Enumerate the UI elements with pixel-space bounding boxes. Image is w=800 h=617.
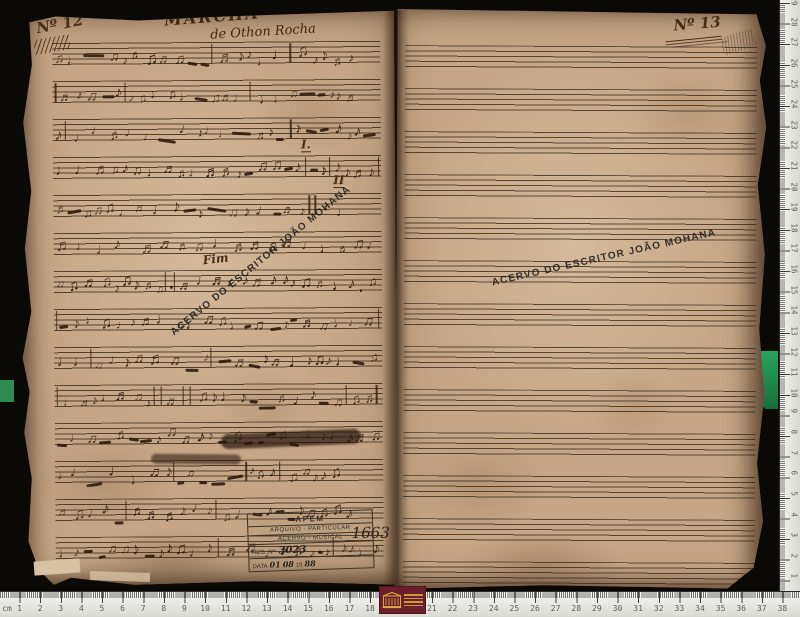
note-glyph: ♬ [233,355,251,373]
barline [346,385,347,404]
note-glyph: ♬ [134,201,147,214]
ruler-label: 32 [654,604,664,613]
barline [245,461,247,480]
ink-beam [183,208,196,212]
ink-beam [187,62,197,67]
ruler-label: 12 [790,347,799,359]
ruler-label: 4 [790,512,799,524]
ruler-label: 14 [283,604,293,613]
staff-lines [404,346,756,370]
date-day: 01 [269,559,280,569]
staff-lines [403,475,755,499]
note-glyph: ♫ [222,510,232,523]
note-glyph: ♩ [66,52,81,67]
note-glyph: ♫ [368,275,379,288]
note-glyph: ♪ [101,500,112,518]
ink-beam [244,324,252,328]
handwritten-notation-row: ♫♩♫♪♬♫♬♫♬♪♪♩♩♫♪♪♬♪ [54,37,380,69]
ink-beam [140,439,153,443]
note-glyph: ♪ [311,54,320,68]
note-glyph: ♪ [55,128,64,145]
ruler-label: 12 [241,604,251,613]
note-glyph: ♩ [145,163,161,179]
barline [290,119,292,138]
note-glyph: ♫ [318,318,330,333]
note-glyph: ♩ [177,122,194,139]
ruler-label: 26 [790,58,799,70]
note-glyph: ♫ [86,88,100,105]
note-glyph: ♬ [352,166,366,180]
handwritten-notation-row: ♩♬♪♩♬♫♪♬♫♪♩♪♬♩♪♫♫♫ [57,379,383,411]
note-glyph: ♬ [56,237,73,254]
note-glyph: ♫ [104,201,117,217]
barline [57,387,58,406]
note-glyph: ♫ [93,358,104,372]
note-glyph: ♩ [76,240,89,253]
ruler-label: 14 [790,306,799,318]
note-glyph: ♪ [335,89,342,102]
ink-beam [170,286,173,289]
ink-beam [290,318,298,322]
note-glyph: ♪ [156,434,163,446]
barline [54,83,56,102]
ink-beam [318,93,326,97]
barline [309,195,311,214]
note-glyph: ♩ [188,165,203,180]
staff-lines [405,45,757,69]
barline [90,348,91,367]
barline [378,308,379,327]
ink-beam [129,437,140,441]
ruler-label: 7 [790,450,799,462]
note-glyph: ♪ [202,353,210,366]
note-glyph: ♬ [256,130,268,142]
ink-beam [157,138,175,144]
note-glyph: ♩ [301,238,315,252]
note-glyph: ♫ [271,158,283,174]
ruler-label: 2 [38,604,43,613]
note-glyph: ♬ [114,426,130,442]
ruler-label: 17 [790,244,799,256]
ruler-label: 19 [790,203,799,215]
note-glyph: ♪ [164,464,174,481]
ruler-label: 27 [790,38,799,50]
note-glyph: ♬ [165,394,180,409]
ruler-label: 23 [468,604,478,613]
ink-beam [99,441,111,445]
ruler-label: 23 [790,120,799,132]
note-glyph: ♪ [268,465,277,480]
ink-beam [227,474,243,480]
handwritten-notation-row: ♬♪♫♪♪♫♩♫♩♫♬♩♩♩♫♪♪♬ [54,75,380,107]
ink-beam [201,63,211,68]
ruler-label: 4 [79,604,84,613]
note-glyph: ♪ [267,125,275,138]
note-glyph: ♬ [301,316,316,331]
note-glyph: ♪ [76,90,83,102]
note-glyph: ♫ [147,463,161,480]
left-page-number: Nº 12 [35,11,85,37]
note-glyph: ♩ [91,124,105,138]
note-glyph: ♬ [157,237,174,254]
note-glyph: ♩ [189,547,202,560]
ruler-label: cm [2,604,12,613]
note-glyph: ♩ [318,240,335,257]
note-glyph: ♬ [232,239,247,255]
ruler-label: 28 [790,17,799,29]
ruler-label: 31 [633,604,643,613]
note-glyph: ♫ [176,168,186,180]
ink-beam [102,95,114,98]
staff-lines [403,561,755,585]
note-glyph: ♬ [129,49,143,63]
staff-lines [405,131,757,155]
note-glyph: ♪ [122,55,128,66]
note-glyph: ♪ [127,93,135,105]
note-glyph: ♫ [156,284,165,295]
note-glyph: ♬ [82,276,99,293]
ruler-label: 15 [303,604,313,613]
note-glyph: ♪ [239,390,248,406]
ruler-label: 16 [324,604,334,613]
note-glyph: ♫ [289,89,298,101]
section-mark-1: I. [301,137,311,152]
ruler-label: 10 [200,604,210,613]
ruler-label: 1 [17,604,22,613]
ink-beam [310,169,318,172]
ink-beam [300,92,316,96]
note-glyph: ♪ [246,49,253,62]
note-glyph: ♬ [162,161,178,177]
note-glyph: ♬ [219,164,235,180]
ink-beam [320,127,330,132]
ruler-label: 3 [58,604,63,613]
ink-beam [306,129,318,134]
note-glyph: ♪ [329,90,335,101]
note-glyph: ♬ [59,90,72,103]
note-glyph: ♫ [333,394,345,409]
note-glyph: ♪ [114,282,121,295]
note-glyph: ♩ [127,468,147,487]
note-glyph: ♬ [337,243,350,256]
ruler-label: 38 [778,604,788,613]
note-glyph: ♬ [107,126,123,142]
note-glyph: ♫ [381,238,382,250]
ruler-label: 30 [613,604,623,613]
ink-beam [195,97,208,102]
handwritten-notation-row: ♪♩♩♬♩♩♩♪♩♩♬♪♪♪♪♪ [55,113,381,145]
ruler-label: 8 [790,430,799,442]
note-glyph: ♩ [348,317,360,329]
note-glyph: ♬ [177,278,193,294]
ruler-label: 8 [161,604,166,613]
ruler-label: 26 [530,604,540,613]
ink-beam [232,132,251,136]
ruler-label: 9 [790,409,799,421]
note-glyph: ♪ [347,276,357,293]
note-glyph: ♪ [368,165,375,179]
note-glyph: ♩ [57,469,70,482]
right-page-number: Nº 13 [673,13,722,35]
ruler-label: 7 [141,604,146,613]
note-glyph: ♪ [293,121,303,137]
right-ruler: cm12345678910111213141516171819202122232… [779,0,800,617]
note-glyph: ♫ [99,273,113,290]
note-glyph: ♪ [195,428,207,446]
ink-beam [57,444,67,448]
note-glyph: ♩ [232,91,246,105]
staff-lines [403,432,755,456]
ink-beam [84,550,94,553]
barline [217,537,218,556]
date-century: 19 [296,563,303,569]
note-glyph: ♪ [236,48,247,65]
ink-beam [178,481,185,485]
ink-beam [270,327,282,331]
note-glyph: ♫ [294,42,310,61]
note-glyph: ♫ [194,240,205,254]
barline [329,157,330,176]
note-glyph: ♩ [69,431,82,444]
note-glyph: ♩ [119,207,131,219]
barline [378,156,379,175]
note-glyph: ♩ [288,354,305,371]
ink-beam [67,209,81,215]
ruler-label: 35 [716,604,726,613]
note-glyph: ♫ [210,91,221,105]
note-glyph: ♩ [220,388,237,405]
ink-beam [115,521,124,524]
note-glyph: ♬ [143,280,156,293]
ruler-label: 22 [790,141,799,153]
barline [189,386,190,405]
ink-beam [98,555,105,559]
note-glyph: ♩ [56,354,72,371]
note-glyph: ♫ [86,431,99,447]
ruler-label: 25 [510,604,520,613]
emblem-text-lines [404,594,423,606]
note-glyph: ♫ [93,203,103,216]
note-glyph: ♩ [72,353,87,368]
note-glyph: ♬ [133,351,148,366]
right-staves [403,45,758,585]
note-glyph: ♫ [254,466,266,481]
note-glyph: ♪ [130,318,136,329]
barline [65,120,67,139]
note-glyph: ♩ [96,241,112,257]
note-glyph: ♪ [157,547,165,562]
note-glyph: ♫ [252,317,266,334]
ruler-label: 11 [221,604,231,613]
note-glyph: ♩ [334,352,351,369]
ruler-label: 28 [571,604,581,613]
ruler-label: 27 [551,604,561,613]
note-glyph: ♫ [351,236,365,253]
scanned-music-manuscript: Nº 12 MARCHA de Othon Rocha ♫♩♫♪♬♫♬♫♬♪♪♩… [0,0,800,617]
note-glyph: ♪ [171,198,181,216]
note-glyph: ♫ [300,275,313,292]
ruler-label: 18 [790,223,799,235]
ruler-label: 21 [427,604,437,613]
note-glyph: ♩ [108,464,124,480]
barline [211,43,213,62]
barline [279,461,281,480]
note-glyph: ♪ [91,393,99,406]
note-glyph: ♫ [99,315,113,332]
note-glyph: ♪ [122,354,133,371]
ruler-label: 13 [262,604,272,613]
note-glyph: ♪ [309,388,317,403]
barline [376,384,377,403]
note-glyph: ♩ [254,201,274,221]
fim-mark: Fim [202,251,229,268]
note-glyph: ♪ [348,53,354,65]
note-glyph: ♩ [178,88,193,103]
ruler-label: 33 [675,604,685,613]
archive-emblem [379,586,426,614]
palace-building-icon [382,591,402,609]
ink-beam [59,325,68,329]
note-glyph: ♪ [179,504,188,519]
ink-beam [218,359,231,363]
barline [210,347,211,366]
date-label: DATA [252,564,267,570]
note-glyph: ♫ [287,469,299,485]
note-glyph: ♪ [318,163,328,179]
note-glyph: ♬ [221,92,233,104]
catalog-number-handwritten: 1663 [352,524,390,542]
note-glyph: ♬ [94,162,110,178]
ruler-label: 21 [790,161,799,173]
note-glyph: ♫ [133,390,144,404]
ruler-label: 37 [757,604,767,613]
date-month: 08 [283,559,294,569]
note-glyph: ♬ [131,503,146,518]
ruler-label: 17 [345,604,355,613]
note-glyph: ♩ [227,315,244,332]
ink-beam [273,213,281,216]
note-glyph: ♩ [195,273,211,289]
note-glyph: ♩ [190,500,207,517]
ink-beam [84,54,105,57]
barline [305,157,306,176]
note-glyph: ♬ [314,278,327,291]
handwritten-notation-row: ♩♩♫♩♪♬♬♫♪♬♪♬♩♪♫♪♩♫ [56,341,382,373]
note-glyph: ♩ [217,128,229,140]
staff-lines [405,174,757,198]
note-glyph: ♫ [227,204,240,220]
note-glyph: ♫ [166,87,177,101]
note-glyph: ♫ [54,51,64,65]
note-glyph: ♫ [185,468,195,480]
note-glyph: ♩ [73,130,88,145]
note-glyph: ♩ [291,392,309,410]
ruler-label: 9 [182,604,187,613]
note-glyph: ♪ [165,540,175,556]
note-glyph: ♩ [365,239,380,254]
note-glyph: ♩ [55,162,71,179]
barline [290,43,292,62]
left-page: Nº 12 MARCHA de Othon Rocha ♫♩♫♪♬♫♬♫♬♪♪♩… [18,11,398,588]
note-glyph: ♪ [319,468,328,483]
note-glyph: ♬ [177,241,190,254]
note-glyph: ♫ [368,352,379,365]
note-glyph: ♬ [159,52,173,66]
barline [249,81,251,100]
note-glyph: ♫ [107,542,118,556]
note-glyph: ♫ [362,314,375,330]
note-glyph: ♬ [331,54,345,68]
note-glyph: ♪ [72,545,80,559]
note-glyph: ♫ [138,93,149,106]
note-glyph: ♫ [302,465,313,478]
left-staves: ♫♩♫♪♬♫♬♫♬♪♪♩♩♫♪♪♬♪♬♪♫♪♪♫♩♫♩♫♬♩♩♩♫♪♪♬♪♩♩♬… [52,41,384,577]
note-glyph: ♬ [140,315,154,329]
ruler-label: 25 [790,79,799,91]
note-glyph: ♩ [203,124,217,138]
reg-label: REG. Nº: [252,549,277,556]
staff-lines [403,518,755,542]
note-glyph: ♬ [269,354,285,370]
reg-value-handwritten: 3023 [278,544,306,556]
right-page: Nº 13 ACERVO DO ESCRITOR JOÃO MOHANA [394,9,767,591]
note-glyph: ♪ [235,168,243,181]
ruler-label: 13 [790,326,799,338]
note-glyph: ♩ [271,91,286,106]
note-glyph: ♩ [329,276,348,295]
note-glyph: ♪ [346,131,352,143]
ink-beam [362,133,375,138]
ruler-label: 24 [489,604,499,613]
note-glyph: ♬ [148,350,166,368]
ink-beam [200,481,208,484]
ruler-label: 29 [592,604,602,613]
note-glyph: ♬ [145,507,160,522]
note-glyph: ♬ [218,51,234,67]
note-glyph: ♬ [248,237,264,253]
note-glyph: ♬ [276,391,290,405]
note-glyph: ♫ [56,278,66,291]
note-glyph: ♫ [83,207,93,220]
note-glyph: ♬ [162,508,179,525]
ink-smudge [151,454,241,465]
note-glyph: ♩ [154,310,172,328]
green-backing-board [0,380,14,402]
note-glyph: ♪ [145,398,152,410]
ruler-label: 5 [100,604,105,613]
note-glyph: ♪ [133,277,142,293]
note-glyph: ♪ [243,204,251,219]
note-glyph: ♩ [84,315,97,328]
note-glyph: ♪ [324,353,333,368]
barline [183,386,184,405]
note-glyph: ♬ [79,398,92,411]
ink-beam [244,171,254,176]
note-glyph: ♬ [224,544,240,560]
note-glyph: ♩ [331,314,349,332]
note-glyph: ♩ [74,162,90,178]
pen-underlines [665,36,721,43]
note-glyph: ♬ [55,201,68,215]
note-glyph: ♫ [175,541,188,558]
ruler-label: 15 [790,285,799,297]
note-glyph: ♪ [121,160,131,175]
note-glyph: ♫ [349,392,362,408]
note-glyph: ♪ [131,541,143,559]
note-glyph: ♪ [207,504,214,517]
barline [124,82,126,101]
note-glyph: ♩ [115,318,129,332]
